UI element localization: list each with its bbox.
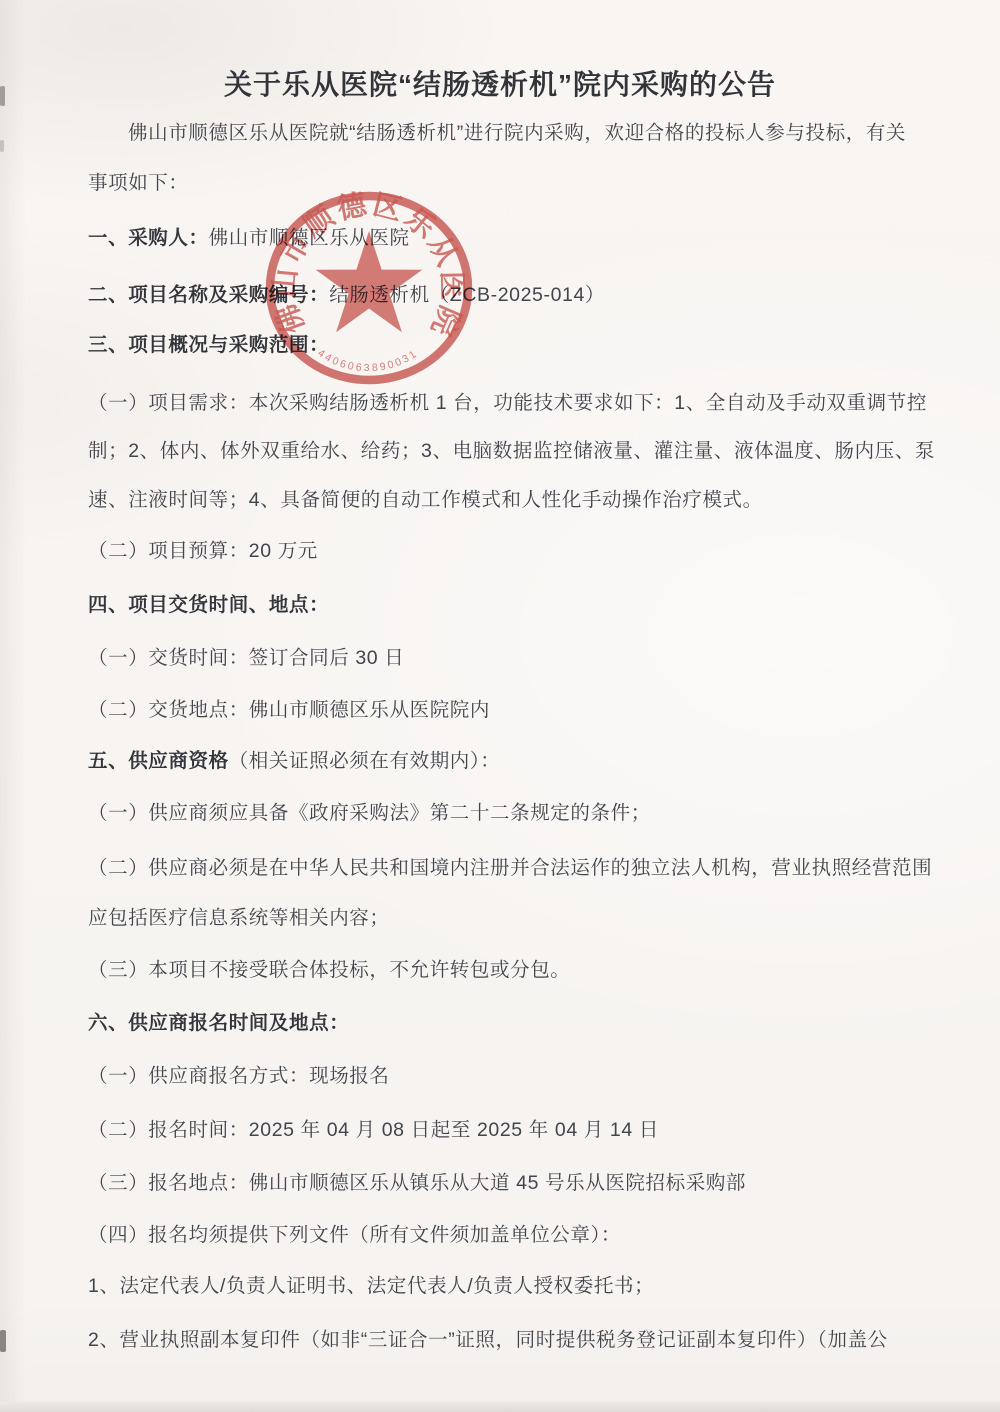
document-line: （一）交货时间：签订合同后 30 日: [88, 645, 404, 671]
text-run: 一、采购人：: [88, 227, 209, 249]
scan-bottom-edge: [0, 1402, 1000, 1412]
text-run: 四、项目交货时间、地点：: [88, 594, 329, 616]
text-run: （三）报名地点：佛山市顺德区乐从镇乐从大道 45 号乐从医院招标采购部: [88, 1172, 746, 1194]
text-run: （四）报名均须提供下列文件（所有文件须加盖单位公章）：: [88, 1224, 621, 1246]
document-line: 佛山市顺德区乐从医院就“结肠透析机”进行院内采购，欢迎合格的投标人参与投标，有关: [128, 120, 906, 146]
text-run: 制；2、体内、体外双重给水、给药；3、电脑数据监控储液量、灌注量、液体温度、肠内…: [88, 440, 935, 462]
document-line: 四、项目交货时间、地点：: [88, 592, 329, 618]
document-line: 速、注液时间等；4、具备简便的自动工作模式和人性化手动操作治疗模式。: [88, 487, 763, 513]
scan-left-shading: [0, 0, 26, 1412]
seal-star-icon: [316, 231, 423, 332]
document-line: 应包括医疗信息系统等相关内容；: [88, 905, 390, 931]
text-run: 佛山市顺德区乐从医院就“结肠透析机”进行院内采购，欢迎合格的投标人参与投标，有关: [128, 122, 906, 144]
text-run: 应包括医疗信息系统等相关内容；: [88, 907, 390, 929]
document-line: 2、营业执照副本复印件（如非“三证合一”证照，同时提供税务登记证副本复印件）（加…: [88, 1327, 888, 1353]
document-line: （三）本项目不接受联合体投标，不允许转包或分包。: [88, 957, 570, 983]
text-run: （一）项目需求：本次采购结肠透析机 1 台，功能技术要求如下：1、全自动及手动双…: [88, 392, 927, 414]
hospital-seal: 佛山市顺德区乐从医院 4406063890031: [261, 189, 477, 391]
document-line: 制；2、体内、体外双重给水、给药；3、电脑数据监控储液量、灌注量、液体温度、肠内…: [88, 438, 935, 464]
text-run: 速、注液时间等；4、具备简便的自动工作模式和人性化手动操作治疗模式。: [88, 489, 763, 511]
text-run: 六、供应商报名时间及地点：: [88, 1012, 349, 1034]
document-line: （二）交货地点：佛山市顺德区乐从医院院内: [88, 697, 490, 723]
text-run: （一）供应商报名方式：现场报名: [88, 1065, 390, 1087]
scan-artifact: [0, 140, 4, 152]
text-run: （二）报名时间：2025 年 04 月 08 日起至 2025 年 04 月 1…: [88, 1119, 659, 1141]
document-line: （一）项目需求：本次采购结肠透析机 1 台，功能技术要求如下：1、全自动及手动双…: [88, 390, 927, 416]
text-run: 事项如下：: [88, 172, 189, 194]
document-line: （二）供应商必须是在中华人民共和国境内注册并合法运作的独立法人机构，营业执照经营…: [88, 855, 932, 881]
text-run: 2、营业执照副本复印件（如非“三证合一”证照，同时提供税务登记证副本复印件）（加…: [88, 1329, 888, 1351]
document-line: 事项如下：: [88, 170, 189, 196]
text-run: （二）供应商必须是在中华人民共和国境内注册并合法运作的独立法人机构，营业执照经营…: [88, 857, 932, 879]
document-line: （三）报名地点：佛山市顺德区乐从镇乐从大道 45 号乐从医院招标采购部: [88, 1170, 746, 1196]
document-line: （二）项目预算：20 万元: [88, 538, 318, 564]
scan-artifact: [0, 86, 5, 106]
scanned-document-page: 关于乐从医院“结肠透析机”院内采购的公告 佛山市顺德区乐从医院就“结肠透析机”进…: [0, 0, 1000, 1412]
document-line: （四）报名均须提供下列文件（所有文件须加盖单位公章）：: [88, 1222, 621, 1248]
document-line: （一）供应商报名方式：现场报名: [88, 1063, 390, 1089]
document-line: （二）报名时间：2025 年 04 月 08 日起至 2025 年 04 月 1…: [88, 1117, 659, 1143]
text-run: （一）交货时间：签订合同后 30 日: [88, 647, 404, 669]
document-line: 1、法定代表人/负责人证明书、法定代表人/负责人授权委托书；: [88, 1273, 654, 1299]
text-run: （相关证照必须在有效期内）：: [229, 750, 501, 772]
document-line: 六、供应商报名时间及地点：: [88, 1010, 349, 1036]
text-run: （二）交货地点：佛山市顺德区乐从医院院内: [88, 699, 490, 721]
scan-artifact: [0, 1330, 6, 1352]
document-line: （一）供应商须应具备《政府采购法》第二十二条规定的条件；: [88, 800, 651, 826]
document-body: 佛山市顺德区乐从医院就“结肠透析机”进行院内采购，欢迎合格的投标人参与投标，有关…: [0, 0, 1000, 1412]
text-run: （二）项目预算：20 万元: [88, 540, 318, 562]
text-run: 五、供应商资格: [88, 750, 229, 772]
text-run: 1、法定代表人/负责人证明书、法定代表人/负责人授权委托书；: [88, 1275, 654, 1297]
text-run: （一）供应商须应具备《政府采购法》第二十二条规定的条件；: [88, 802, 651, 824]
document-line: 五、供应商资格（相关证照必须在有效期内）：: [88, 748, 500, 774]
text-run: （三）本项目不接受联合体投标，不允许转包或分包。: [88, 959, 570, 981]
